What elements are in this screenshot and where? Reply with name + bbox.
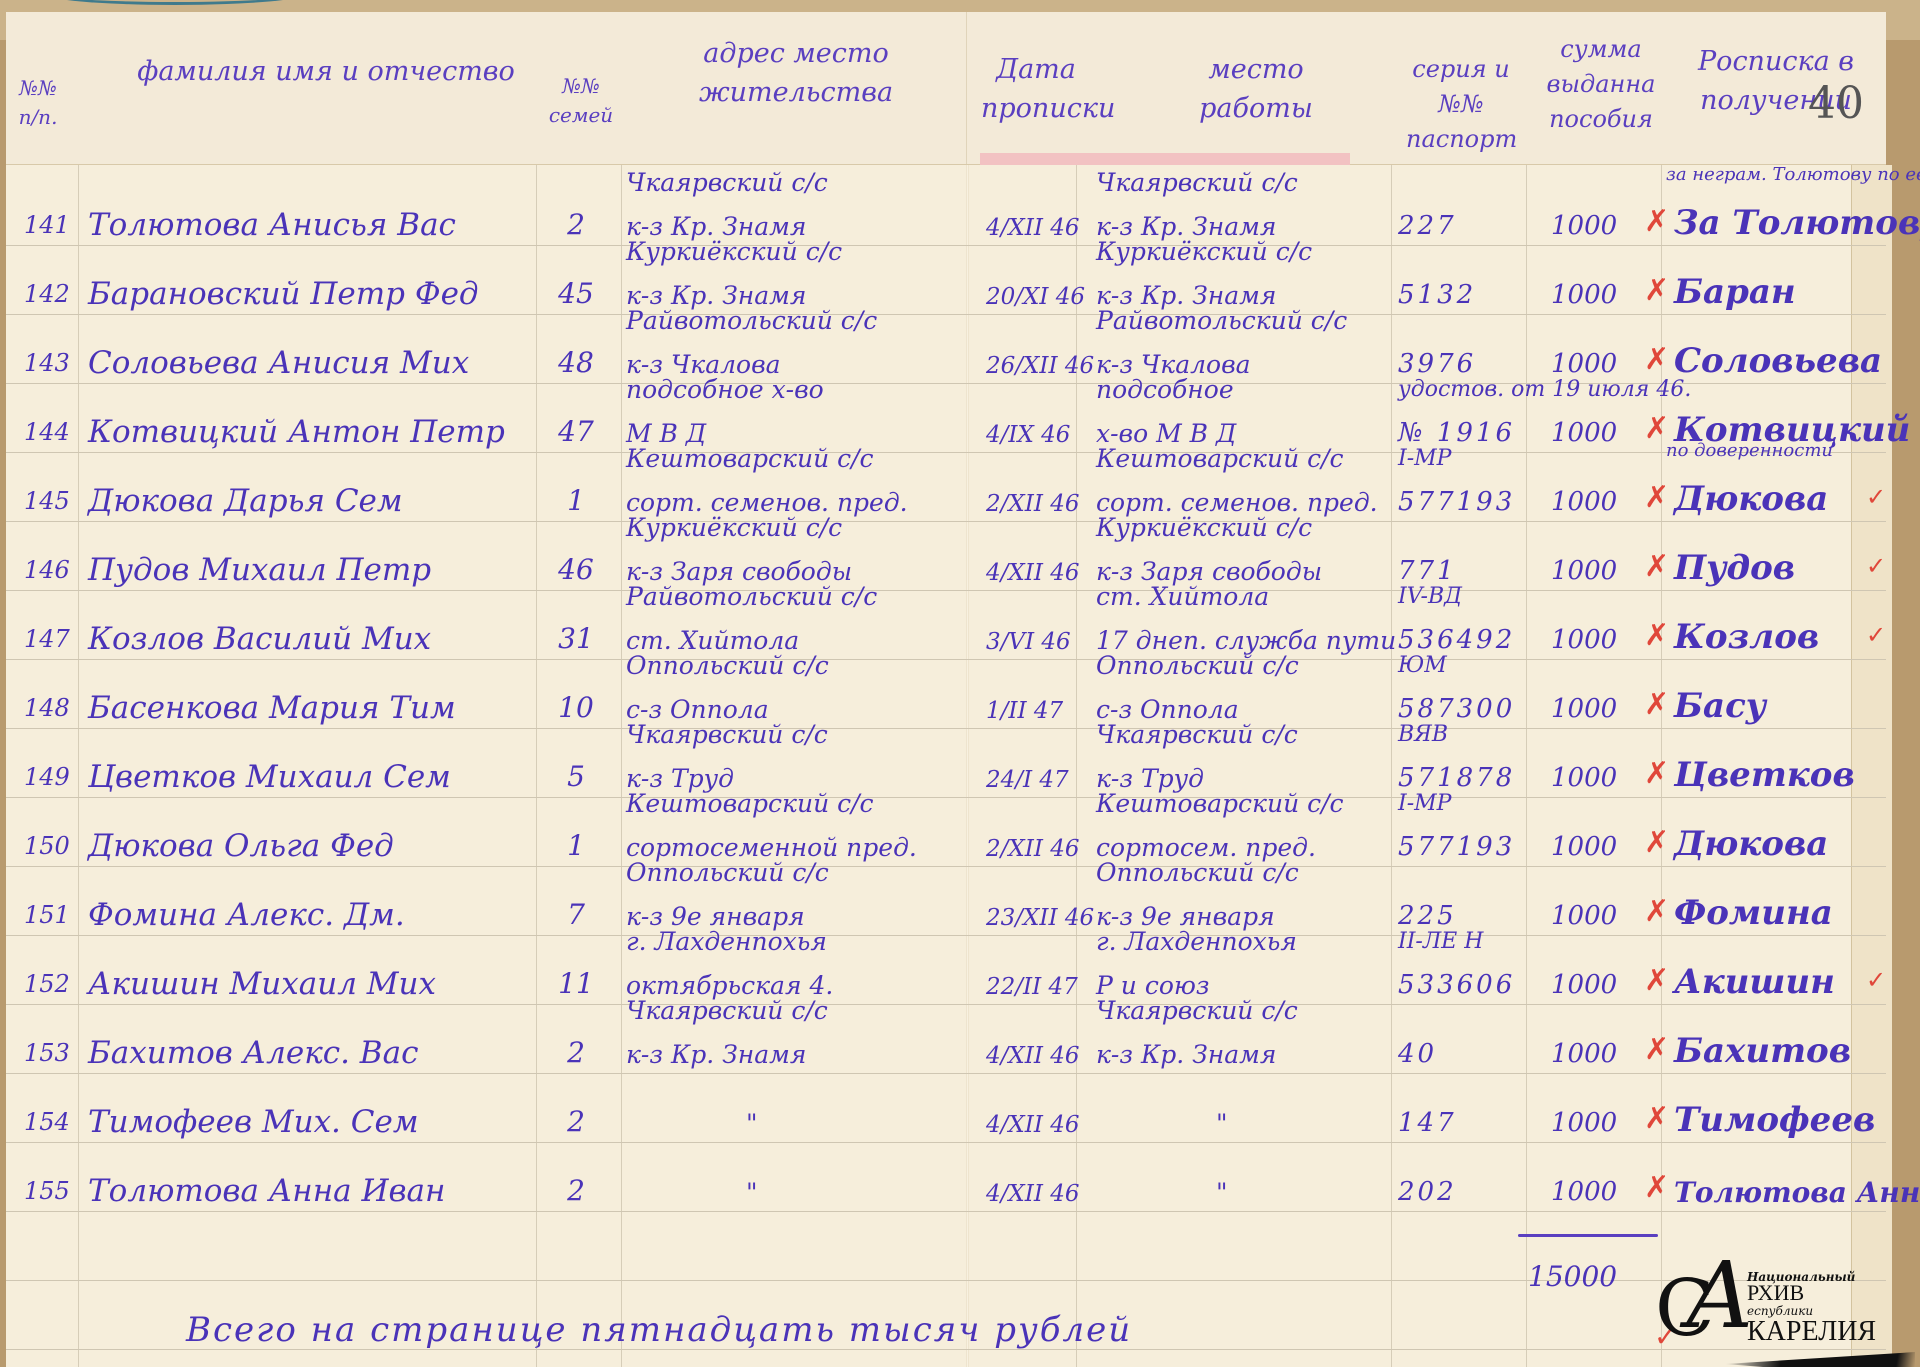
column-header-sheet: №№ п/п. фамилия имя и отчество №№ семей … bbox=[6, 12, 1886, 165]
person-name: Фомина Алекс. Дм. bbox=[88, 897, 405, 933]
red-cross-mark-icon: ✗ bbox=[1644, 480, 1669, 515]
address-line1: Оппольский с/с bbox=[626, 858, 829, 887]
benefit-sum: 1000 bbox=[1551, 1039, 1617, 1069]
ledger-row: 143 Соловьева Анисия Мих 48 Райвотольски… bbox=[6, 314, 1886, 383]
registration-date: 4/XII 46 bbox=[986, 1043, 1080, 1069]
passport-series: ЮМ bbox=[1398, 653, 1447, 678]
family-count: 46 bbox=[546, 553, 606, 586]
family-count: 1 bbox=[546, 484, 606, 517]
family-count: 7 bbox=[546, 898, 606, 931]
workplace-line1: Оппольский с/с bbox=[1096, 651, 1299, 680]
benefit-sum: 1000 bbox=[1551, 1108, 1617, 1138]
backing-ink-curve bbox=[40, 0, 310, 5]
row-number: 151 bbox=[24, 901, 70, 929]
address-line1: Куркиёкский с/с bbox=[626, 237, 842, 266]
family-count: 48 bbox=[546, 346, 606, 379]
workplace-line1: Кештоварский с/с bbox=[1096, 789, 1344, 818]
family-count: 5 bbox=[546, 760, 606, 793]
workplace-line1: Чкаярвский с/с bbox=[1096, 168, 1298, 197]
person-name: Акишин Михаил Мих bbox=[88, 966, 436, 1002]
row-number: 144 bbox=[24, 418, 70, 446]
passport-number: 536492 bbox=[1398, 625, 1515, 655]
signature: Тимофеев bbox=[1674, 1100, 1875, 1140]
family-count: 31 bbox=[546, 622, 606, 655]
red-check-mark-icon: ✓ bbox=[1866, 552, 1886, 580]
workplace-line1: Оппольский с/с bbox=[1096, 858, 1299, 887]
address-line1: Райвотольский с/с bbox=[626, 306, 877, 335]
family-count: 11 bbox=[546, 967, 606, 1000]
ledger-row: 141 Толютова Анисья Вас 2 Чкаярвский с/с… bbox=[6, 176, 1886, 245]
page-total-in-words: Всего на странице пятнадцать тысяч рубле… bbox=[186, 1310, 1132, 1350]
benefit-sum: 1000 bbox=[1551, 418, 1617, 448]
red-cross-mark-icon: ✗ bbox=[1644, 204, 1669, 239]
header-col-family: №№ семей bbox=[536, 72, 626, 130]
registration-date: 2/XII 46 bbox=[986, 491, 1080, 517]
passport-number: 227 bbox=[1398, 211, 1457, 241]
person-name: Бахитов Алекс. Вас bbox=[88, 1035, 418, 1071]
registration-date: 24/I 47 bbox=[986, 767, 1069, 793]
logo-line-archive: РХИВ bbox=[1747, 1280, 1804, 1306]
red-check-mark-icon: ✓ bbox=[1866, 483, 1886, 511]
registration-date: 4/IX 46 bbox=[986, 422, 1070, 448]
row-number: 147 bbox=[24, 625, 70, 653]
registration-date: 26/XII 46 bbox=[986, 353, 1094, 379]
passport-number: 202 bbox=[1398, 1177, 1457, 1207]
passport-number: 533606 bbox=[1398, 970, 1515, 1000]
benefit-sum: 1000 bbox=[1551, 832, 1617, 862]
workplace-line1: Райвотольский с/с bbox=[1096, 306, 1347, 335]
workplace-ditto-mark: " bbox=[1216, 1178, 1228, 1207]
ledger-row: 154 Тимофеев Мих. Сем 2 " 4/XII 46 " 147… bbox=[6, 1073, 1886, 1142]
address-line1: Чкаярвский с/с bbox=[626, 168, 828, 197]
passport-series: ВЯВ bbox=[1398, 722, 1448, 747]
header-col-date: Дата прописки bbox=[981, 50, 1091, 128]
signature-note: по доверенности bbox=[1666, 440, 1833, 461]
row-number: 153 bbox=[24, 1039, 70, 1067]
address-line1: Кештоварский с/с bbox=[626, 444, 874, 473]
rule-line bbox=[6, 1211, 1886, 1212]
passport-number: 577193 bbox=[1398, 832, 1515, 862]
workplace-ditto-mark: " bbox=[1216, 1109, 1228, 1138]
passport-number: 147 bbox=[1398, 1108, 1457, 1138]
benefit-sum: 1000 bbox=[1551, 349, 1617, 379]
page-total: 15000 bbox=[1528, 1260, 1617, 1293]
person-name: Дюкова Дарья Сем bbox=[88, 483, 403, 519]
address-line1: Куркиёкский с/с bbox=[626, 513, 842, 542]
header-col-passport: серия и №№ паспорт bbox=[1406, 52, 1516, 156]
registration-date: 2/XII 46 bbox=[986, 836, 1080, 862]
workplace-line1: Чкаярвский с/с bbox=[1096, 996, 1298, 1025]
benefit-sum: 1000 bbox=[1551, 487, 1617, 517]
ledger-row: 146 Пудов Михаил Петр 46 Куркиёкский с/с… bbox=[6, 521, 1886, 590]
address-line1: Оппольский с/с bbox=[626, 651, 829, 680]
signature: Баран bbox=[1674, 272, 1796, 312]
signature: Басу bbox=[1674, 686, 1766, 726]
total-underline bbox=[1518, 1234, 1658, 1237]
row-number: 152 bbox=[24, 970, 70, 998]
person-name: Козлов Василий Мих bbox=[88, 621, 431, 657]
registration-date: 4/XII 46 bbox=[986, 560, 1080, 586]
ledger-row: 149 Цветков Михаил Сем 5 Чкаярвский с/с … bbox=[6, 728, 1886, 797]
registration-date: 4/XII 46 bbox=[986, 1112, 1080, 1138]
ledger-row: 150 Дюкова Ольга Фед 1 Кештоварский с/с … bbox=[6, 797, 1886, 866]
address-line2: к-з Кр. Знамя bbox=[626, 1040, 806, 1069]
row-number: 155 bbox=[24, 1177, 70, 1205]
person-name: Басенкова Мария Тим bbox=[88, 690, 456, 726]
person-name: Толютова Анисья Вас bbox=[88, 207, 456, 243]
row-number: 149 bbox=[24, 763, 70, 791]
signature: Фомина bbox=[1674, 893, 1833, 933]
passport-number: 587300 bbox=[1398, 694, 1515, 724]
address-line1: Райвотольский с/с bbox=[626, 582, 877, 611]
passport-number: 3976 bbox=[1398, 349, 1476, 379]
red-cross-mark-icon: ✗ bbox=[1644, 549, 1669, 584]
person-name: Пудов Михаил Петр bbox=[88, 552, 431, 588]
registration-date: 22/II 47 bbox=[986, 974, 1078, 1000]
passport-series: I-МР bbox=[1398, 791, 1451, 816]
passport-number: 225 bbox=[1398, 901, 1457, 931]
person-name: Соловьева Анисия Мих bbox=[88, 345, 469, 381]
red-cross-mark-icon: ✗ bbox=[1644, 1032, 1669, 1067]
passport-number: 40 bbox=[1398, 1039, 1437, 1069]
signature: За Толютову bbox=[1674, 203, 1920, 243]
workplace-line1: Чкаярвский с/с bbox=[1096, 720, 1298, 749]
header-col-sum: сумма выданна пособия bbox=[1536, 32, 1666, 136]
header-col-name: фамилия имя и отчество bbox=[136, 52, 516, 91]
benefit-sum: 1000 bbox=[1551, 211, 1617, 241]
ledger-row: 144 Котвицкий Антон Петр 47 подсобное х-… bbox=[6, 383, 1886, 452]
red-cross-mark-icon: ✗ bbox=[1644, 1101, 1669, 1136]
ledger-row: 148 Басенкова Мария Тим 10 Оппольский с/… bbox=[6, 659, 1886, 728]
header-fold bbox=[966, 12, 967, 164]
family-count: 2 bbox=[546, 1105, 606, 1138]
archive-watermark-logo: С А Национальный РХИВ еспублики КАРЕЛИЯ bbox=[1655, 1260, 1920, 1367]
header-col-work: место работы bbox=[1156, 50, 1356, 128]
passport-number: 577193 bbox=[1398, 487, 1515, 517]
ledger-row: 151 Фомина Алекс. Дм. 7 Оппольский с/с к… bbox=[6, 866, 1886, 935]
signature: Акишин bbox=[1674, 962, 1835, 1002]
passport-series: II-ЛЕ Н bbox=[1398, 929, 1483, 954]
family-count: 10 bbox=[546, 691, 606, 724]
signature: Цветков bbox=[1674, 755, 1855, 795]
row-number: 150 bbox=[24, 832, 70, 860]
red-cross-mark-icon: ✗ bbox=[1644, 825, 1669, 860]
benefit-sum: 1000 bbox=[1551, 970, 1617, 1000]
address-line1: подсобное х-во bbox=[626, 375, 824, 404]
ledger-row: 145 Дюкова Дарья Сем 1 Кештоварский с/с … bbox=[6, 452, 1886, 521]
ledger-row: 153 Бахитов Алекс. Вас 2 Чкаярвский с/с … bbox=[6, 1004, 1886, 1073]
row-number: 143 bbox=[24, 349, 70, 377]
red-cross-mark-icon: ✗ bbox=[1644, 342, 1669, 377]
workplace-line1: подсобное bbox=[1096, 375, 1234, 404]
benefit-sum: 1000 bbox=[1551, 625, 1617, 655]
passport-series: удостов. от 19 июля 46. bbox=[1398, 377, 1691, 402]
passport-number: 771 bbox=[1398, 556, 1457, 586]
red-cross-mark-icon: ✗ bbox=[1644, 1170, 1669, 1205]
red-cross-mark-icon: ✗ bbox=[1644, 756, 1669, 791]
row-number: 154 bbox=[24, 1108, 70, 1136]
signature: Пудов bbox=[1674, 548, 1795, 588]
row-number: 142 bbox=[24, 280, 70, 308]
registration-date: 3/VI 46 bbox=[986, 629, 1071, 655]
address-line1: г. Лахденпохья bbox=[626, 927, 827, 956]
workplace-line1: Кештоварский с/с bbox=[1096, 444, 1344, 473]
red-cross-mark-icon: ✗ bbox=[1644, 963, 1669, 998]
family-count: 2 bbox=[546, 1036, 606, 1069]
passport-number: 571878 bbox=[1398, 763, 1515, 793]
workplace-line1: Куркиёкский с/с bbox=[1096, 237, 1312, 266]
logo-letter-a: А bbox=[1685, 1242, 1755, 1349]
registration-date: 20/XI 46 bbox=[986, 284, 1085, 310]
address-line1: Чкаярвский с/с bbox=[626, 996, 828, 1025]
workplace-line1: ст. Хийтола bbox=[1096, 582, 1269, 611]
registration-date: 1/II 47 bbox=[986, 698, 1063, 724]
passport-number: 5132 bbox=[1398, 280, 1476, 310]
passport-number: № 1916 bbox=[1398, 418, 1515, 448]
person-name: Цветков Михаил Сем bbox=[88, 759, 451, 795]
red-cross-mark-icon: ✗ bbox=[1644, 618, 1669, 653]
ledger-row: 142 Барановский Петр Фед 45 Куркиёкский … bbox=[6, 245, 1886, 314]
family-count: 2 bbox=[546, 208, 606, 241]
address-ditto-mark: " bbox=[746, 1178, 758, 1207]
red-cross-mark-icon: ✗ bbox=[1644, 687, 1669, 722]
person-name: Барановский Петр Фед bbox=[88, 276, 479, 312]
signature: Козлов bbox=[1674, 617, 1819, 657]
quill-pen-icon bbox=[1725, 1352, 1915, 1367]
signature: Толютова Анна bbox=[1674, 1176, 1920, 1209]
signature: Соловьева bbox=[1674, 341, 1882, 381]
person-name: Дюкова Ольга Фед bbox=[88, 828, 394, 864]
workplace-line1: г. Лахденпохья bbox=[1096, 927, 1297, 956]
person-name: Котвицкий Антон Петр bbox=[88, 414, 505, 450]
signature: Дюкова bbox=[1674, 824, 1828, 864]
row-number: 148 bbox=[24, 694, 70, 722]
red-check-mark-icon: ✓ bbox=[1866, 966, 1886, 994]
address-ditto-mark: " bbox=[746, 1109, 758, 1138]
page-number: 40 bbox=[1806, 72, 1866, 136]
red-cross-mark-icon: ✗ bbox=[1644, 894, 1669, 929]
family-count: 1 bbox=[546, 829, 606, 862]
benefit-sum: 1000 bbox=[1551, 556, 1617, 586]
row-number: 141 bbox=[24, 211, 70, 239]
red-cross-mark-icon: ✗ bbox=[1644, 273, 1669, 308]
row-number: 146 bbox=[24, 556, 70, 584]
signature: Дюкова bbox=[1674, 479, 1828, 519]
address-line1: Кештоварский с/с bbox=[626, 789, 874, 818]
family-count: 47 bbox=[546, 415, 606, 448]
family-count: 2 bbox=[546, 1174, 606, 1207]
signature: Бахитов bbox=[1674, 1031, 1851, 1071]
ledger-row: 155 Толютова Анна Иван 2 " 4/XII 46 " 20… bbox=[6, 1142, 1886, 1211]
passport-series: IV-ВД bbox=[1398, 584, 1462, 609]
benefit-sum: 1000 bbox=[1551, 694, 1617, 724]
benefit-sum: 1000 bbox=[1551, 1177, 1617, 1207]
passport-series: I-МР bbox=[1398, 446, 1451, 471]
benefit-sum: 1000 bbox=[1551, 901, 1617, 931]
address-line1: Чкаярвский с/с bbox=[626, 720, 828, 749]
logo-line-karelia: КАРЕЛИЯ bbox=[1747, 1316, 1876, 1348]
row-number: 145 bbox=[24, 487, 70, 515]
person-name: Тимофеев Мих. Сем bbox=[88, 1104, 419, 1140]
registration-date: 4/XII 46 bbox=[986, 215, 1080, 241]
ledger-page: 141 Толютова Анисья Вас 2 Чкаярвский с/с… bbox=[6, 165, 1886, 1367]
signature-note: за неграм. Толютову по ее личной просьбе… bbox=[1666, 164, 1920, 185]
header-col-address: адрес место жительства bbox=[646, 34, 946, 112]
ledger-row: 152 Акишин Михаил Мих 11 г. Лахденпохья … bbox=[6, 935, 1886, 1004]
registration-date: 23/XII 46 bbox=[986, 905, 1094, 931]
ledger-row: 147 Козлов Василий Мих 31 Райвотольский … bbox=[6, 590, 1886, 659]
workplace-line1: Куркиёкский с/с bbox=[1096, 513, 1312, 542]
benefit-sum: 1000 bbox=[1551, 763, 1617, 793]
red-check-mark-icon: ✓ bbox=[1866, 621, 1886, 649]
workplace-line2: к-з Кр. Знамя bbox=[1096, 1040, 1276, 1069]
person-name: Толютова Анна Иван bbox=[88, 1173, 445, 1209]
header-col-no: №№ п/п. bbox=[10, 74, 66, 132]
benefit-sum: 1000 bbox=[1551, 280, 1617, 310]
registration-date: 4/XII 46 bbox=[986, 1181, 1080, 1207]
family-count: 45 bbox=[546, 277, 606, 310]
